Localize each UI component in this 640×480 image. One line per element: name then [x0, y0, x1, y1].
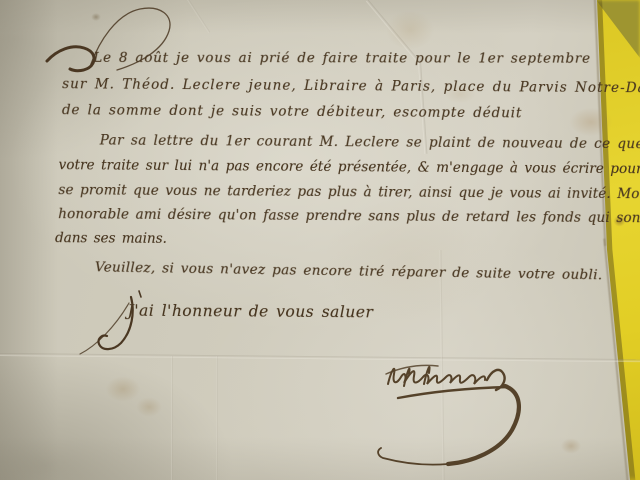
letter-line: Par sa lettre du 1er courant M. Leclere … — [100, 132, 640, 152]
letter-body: Le 8 août je vous ai prié de faire trait… — [0, 0, 640, 480]
letter-line: Le 8 août je vous ai prié de faire trait… — [93, 50, 591, 67]
letter-line: de la somme dont je suis votre débiteur,… — [62, 102, 522, 121]
letter-line: sur M. Théod. Leclere jeune, Libraire à … — [62, 76, 640, 96]
letter-line: dans ses mains. — [55, 230, 167, 247]
letter-photograph: Le 8 août je vous ai prié de faire trait… — [0, 0, 640, 480]
letter-line: Veuillez, si vous n'avez pas encore tiré… — [95, 259, 603, 283]
letter-line: honorable ami désire qu'on fasse prendre… — [58, 206, 640, 226]
letter-line: se promit que vous ne tarderiez pas plus… — [58, 182, 640, 202]
letter-closing-line: J'ai l'honneur de vous saluer — [127, 302, 373, 322]
letter-line: votre traite sur lui n'a pas encore été … — [58, 157, 640, 178]
